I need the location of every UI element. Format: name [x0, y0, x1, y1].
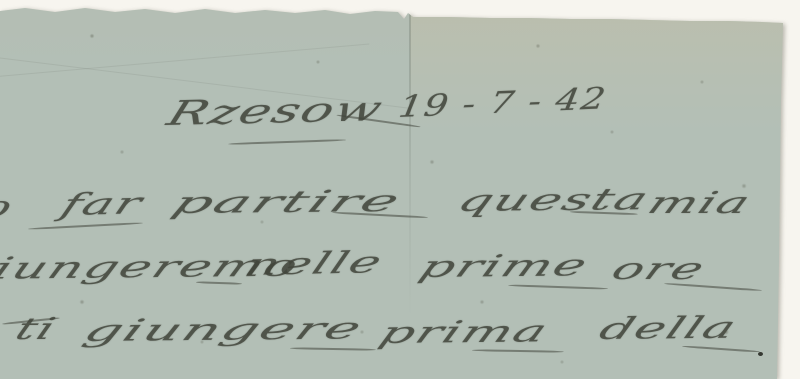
pen-stroke [290, 347, 376, 350]
handwriting-place: Rzesow [162, 89, 389, 134]
handwriting-word: nelle [240, 245, 388, 283]
handwriting-word: partire [166, 184, 408, 221]
pen-stroke [228, 139, 346, 145]
handwriting-word: ore [606, 252, 711, 287]
handwriting-word: far [56, 186, 148, 223]
pen-stroke [28, 222, 143, 230]
crease-line [0, 43, 369, 77]
scanned-letter-page: Rzesow 19 - 7 - 42 io far partire questa… [0, 0, 800, 379]
letter-paper: Rzesow 19 - 7 - 42 io far partire questa… [0, 0, 800, 379]
handwriting-word: prima [374, 314, 554, 351]
handwriting-word: io [0, 190, 19, 225]
pen-stroke [472, 349, 564, 352]
handwriting-word: mia [642, 186, 757, 221]
handwriting-word: della [594, 311, 743, 347]
ink-dot [758, 352, 763, 356]
pen-stroke [508, 284, 608, 289]
paper-shadow: Rzesow 19 - 7 - 42 io far partire questa… [0, 0, 800, 379]
pen-stroke [682, 345, 760, 352]
handwriting-date: 19 - 7 - 42 [396, 81, 609, 125]
handwriting-word: giungere [78, 311, 369, 349]
handwriting-word: prime [414, 248, 594, 285]
